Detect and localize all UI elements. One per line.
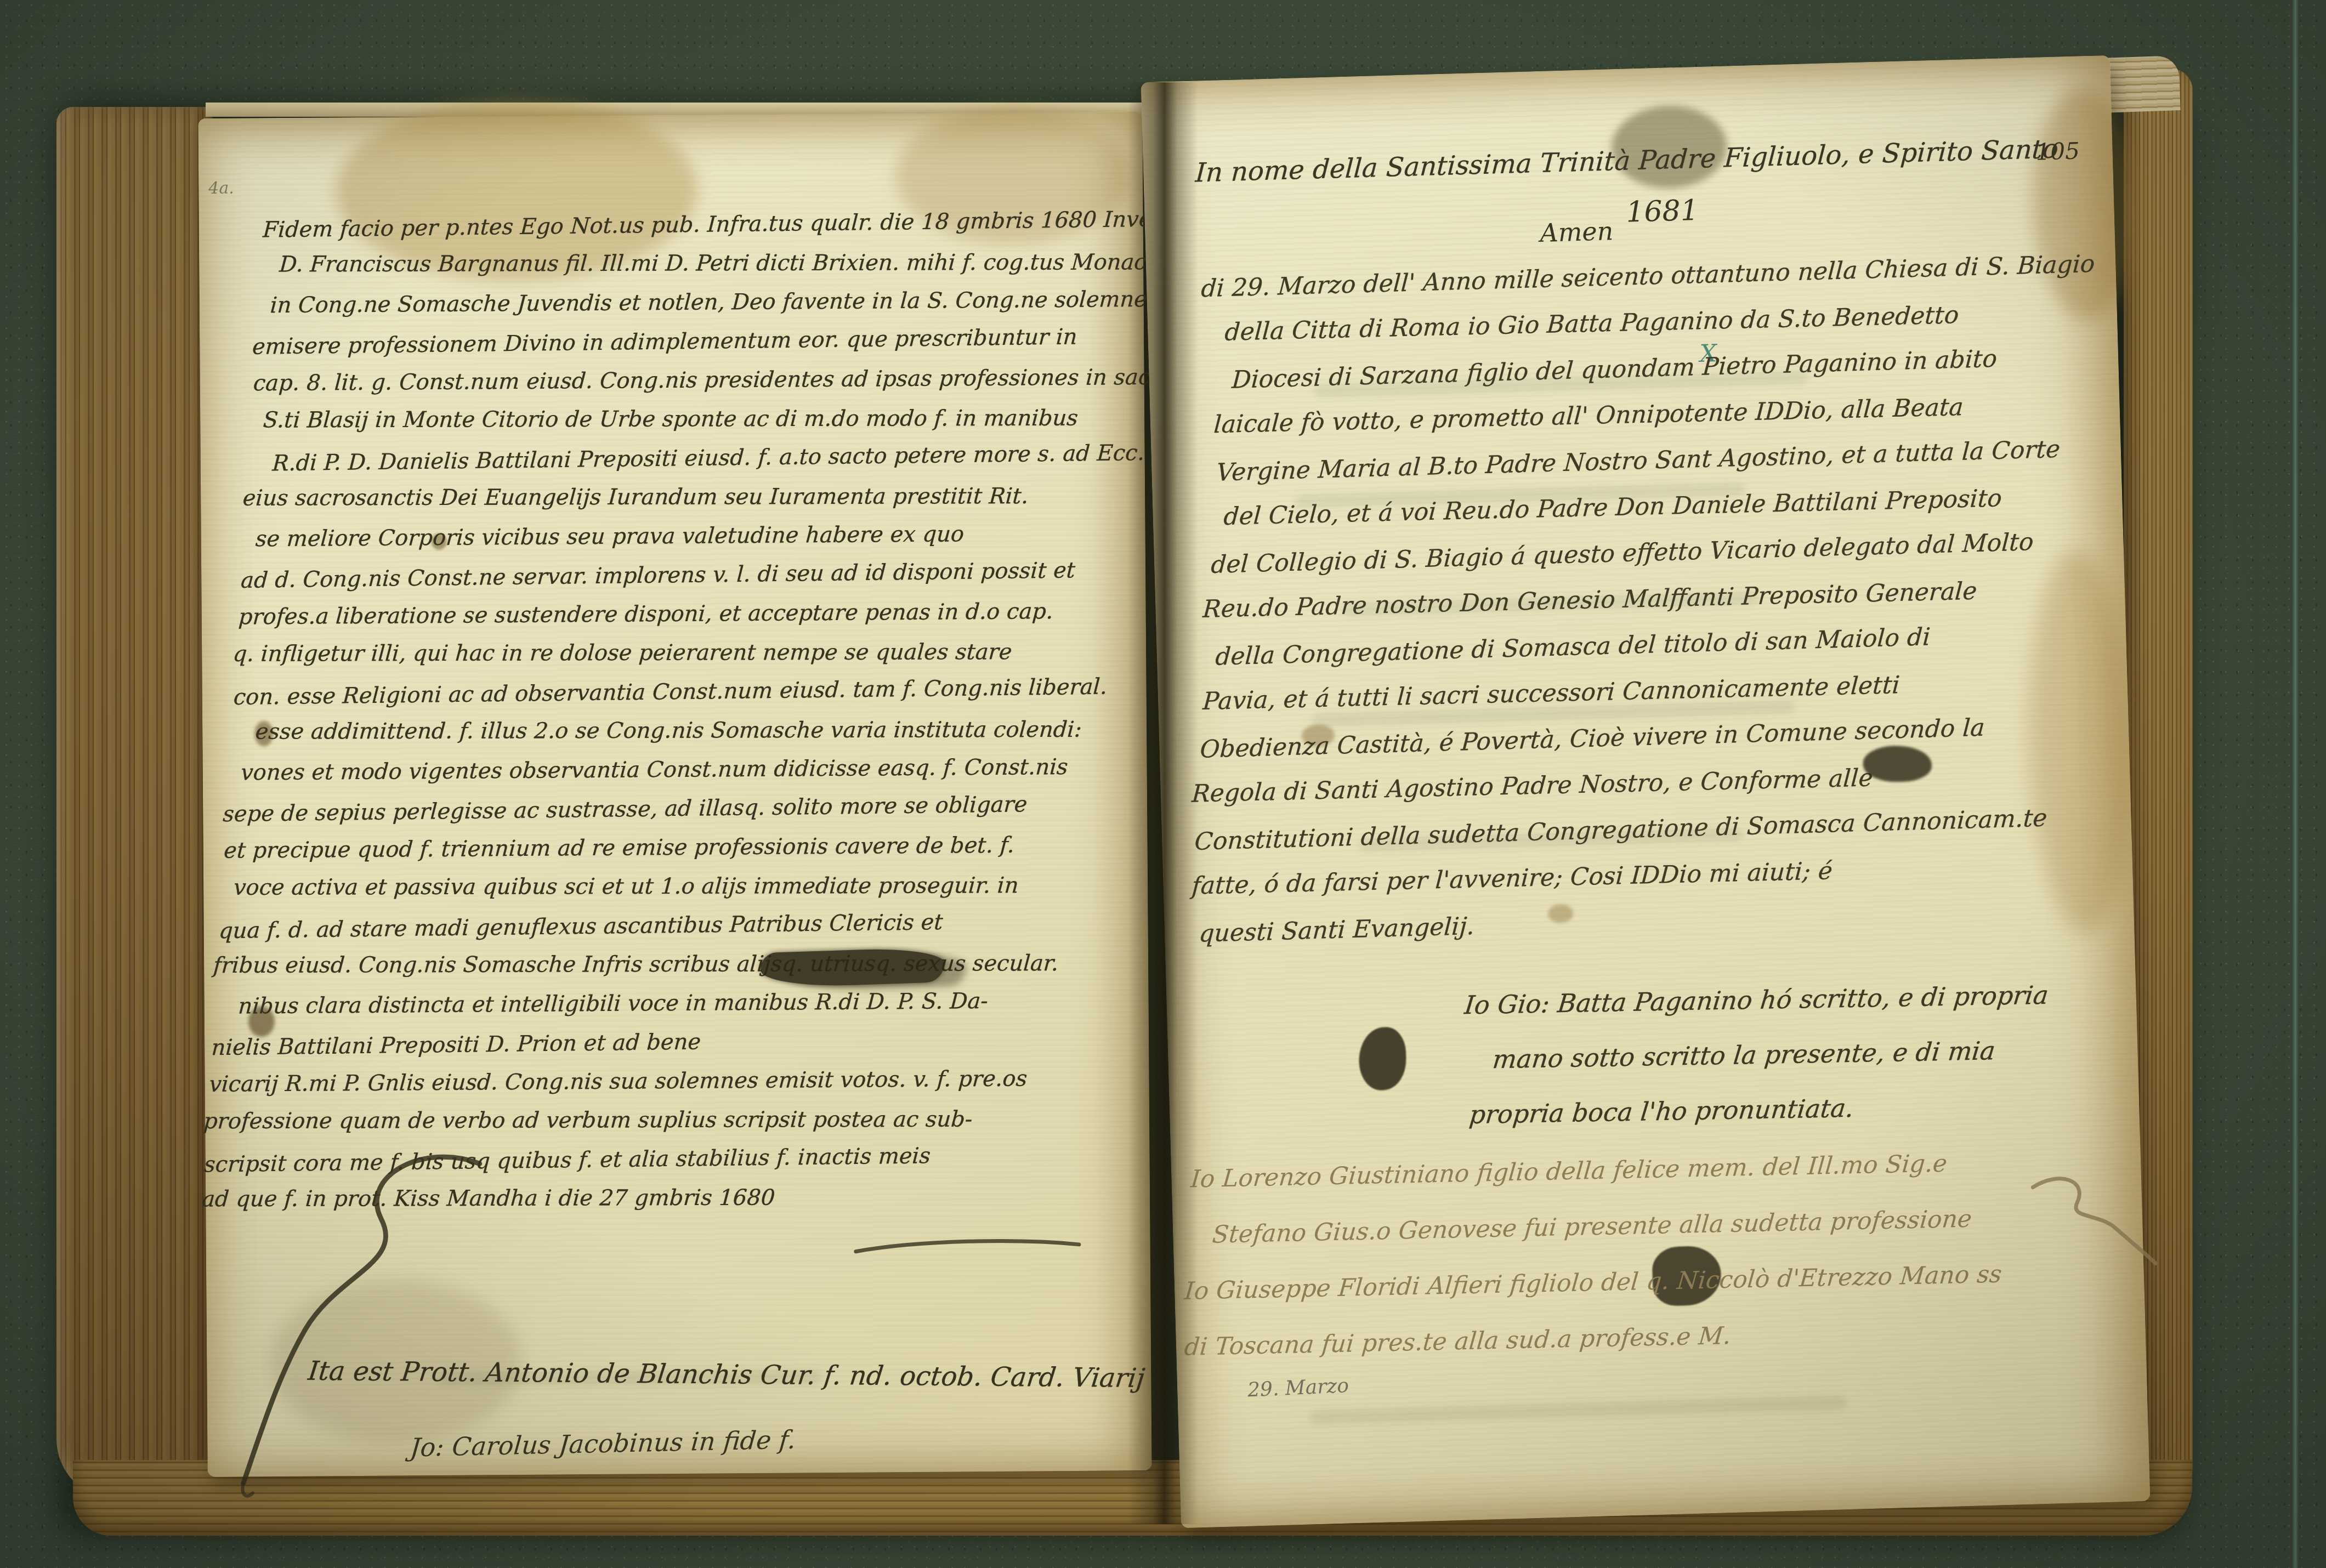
manuscript-line: nibus clara distincta et intelligibili v… (237, 981, 1136, 1026)
manuscript-line: della Citta di Roma io Gio Batta Paganin… (1223, 289, 2097, 356)
manuscript-line: professione quam de verbo ad verbum supl… (202, 1100, 1129, 1141)
manuscript-line: D. Franciscus Bargnanus fil. Ill.mi D. P… (278, 243, 1183, 284)
manuscript-line: vicarij R.mi P. Gnlis eiusd. Cong.nis su… (208, 1059, 1131, 1104)
manuscript-line: ad que f. in prot. Kiss Mandha i die 27 … (201, 1178, 1124, 1219)
open-manuscript-book: 4a. Fidem facio per p.ntes Ego Not.us pu… (41, 52, 2193, 1538)
invocation-header: In nome della Santissima Trinità Padre F… (1195, 132, 2129, 189)
manuscript-line: nielis Battilani Prepositi D. Prion et a… (211, 1018, 1134, 1068)
manuscript-line: Vergine Maria al B.to Padre Nostro Sant … (1215, 425, 2089, 496)
left-fore-edge-pages (56, 107, 213, 1499)
manuscript-line: vones et modo vigentes observantia Const… (240, 747, 1151, 793)
amen-word: Amen (1540, 216, 1614, 248)
manuscript-line: eius sacrosanctis Dei Euangelijs Iurandu… (241, 476, 1168, 518)
manuscript-line: q. infligetur illi, qui hac in re dolose… (232, 633, 1159, 674)
manuscript-line: con. esse Religioni ac ad observantia Co… (232, 667, 1156, 717)
corner-mark: 4a. (208, 179, 234, 198)
latin-text-block: Fidem facio per p.ntes Ego Not.us pub. I… (201, 202, 1185, 1221)
left-manuscript-page: 4a. Fidem facio per p.ntes Ego Not.us pu… (198, 112, 1151, 1477)
glass-edge-reflection (2292, 0, 2299, 1568)
manuscript-line: laicale fò votto, e prometto all' Onnipo… (1212, 381, 2092, 448)
pencil-date-note: 29. Marzo (1247, 1374, 1349, 1401)
manuscript-line: esse addimittend. f. illus 2.o se Cong.n… (254, 710, 1154, 751)
notary-attestation-line: Ita est Prott. Antonio de Blanchis Cur. … (307, 1356, 1146, 1394)
manuscript-line: R.di P. D. Danielis Battilani Prepositi … (271, 433, 1171, 483)
manuscript-line: Fidem facio per p.ntes Ego Not.us pub. I… (262, 200, 1186, 250)
manuscript-line: Constitutioni della sudetta Congregation… (1193, 795, 2067, 866)
manuscript-line: voce activa et passiva quibus sci et ut … (232, 866, 1144, 907)
manuscript-line: cap. 8. lit. g. Const.num eiusd. Cong.ni… (252, 358, 1176, 404)
photographed-manuscript-scene: 4a. Fidem facio per p.ntes Ego Not.us pu… (0, 0, 2326, 1568)
profession-text-block: di 29. Marzo dell' Anno mille seicento o… (1188, 241, 2100, 957)
manuscript-line: S.ti Blasij in Monte Citorio de Urbe spo… (262, 399, 1173, 440)
manuscript-line: qua f. d. ad stare madi genuflexus ascan… (218, 901, 1142, 951)
year-figure: 1681 (1626, 194, 1699, 229)
manuscript-line: Diocesi di Sarzana figlio del quondam Pi… (1230, 333, 2095, 404)
manuscript-line: profes.a liberatione se sustendere dispo… (237, 592, 1161, 637)
right-manuscript-page: 105 In nome della Santissima Trinità Pad… (1141, 55, 2151, 1528)
manuscript-line: ad d. Cong.nis Const.ne servar. imploren… (240, 550, 1164, 600)
manuscript-line: Io Lorenzo Giustiniano figlio della feli… (1188, 1132, 2147, 1208)
manuscript-line: se meliore Corporis vicibus seu prava va… (254, 514, 1166, 559)
manuscript-line: Regola di Santi Agostino Padre Nostro, e… (1190, 751, 2070, 817)
manuscript-line: Io Giuseppe Floridi Alfieri figliolo del… (1182, 1243, 2137, 1320)
manuscript-line: fribus eiusd. Cong.nis Somasche Infris s… (212, 944, 1139, 985)
witness-attestations-block: Io Lorenzo Giustiniano figlio della feli… (1175, 1132, 2147, 1376)
manuscript-line: emisere professionem Divino in adimpleme… (251, 316, 1178, 367)
manuscript-line: sepe de sepius perlegisse ac sustrasse, … (222, 784, 1149, 834)
manuscript-line: in Cong.ne Somasche Juvendis et notlen, … (269, 280, 1181, 326)
manuscript-line: della Congregatione di Somasca del titol… (1214, 610, 2078, 680)
ink-blot (1358, 1026, 1407, 1090)
manuscript-line: di Toscana fui pres.te alla sud.a profes… (1182, 1300, 2133, 1376)
manuscript-line: fatte, ó da farsi per l'avvenire; Cosi I… (1190, 843, 2064, 910)
manuscript-line: Obedienza Castità, é Povertà, Cioè viver… (1199, 702, 2073, 773)
center-gutter-shadow (1128, 82, 1198, 1524)
manuscript-line: et precipue quod f. triennium ad re emis… (223, 825, 1146, 871)
autograph-subscription-block: Io Gio: Batta Paganino hó scritto, e di … (1450, 966, 2125, 1143)
manuscript-line: di 29. Marzo dell' Anno mille seicento o… (1200, 241, 2100, 312)
date-underline-flourish (853, 1228, 1083, 1263)
manuscript-line: del Collegio di S. Biagio á questo effet… (1210, 518, 2084, 588)
manuscript-line: mano sotto scritto la presente, e di mia (1490, 1021, 2119, 1087)
manuscript-line: del Cielo, et á voi Reu.do Padre Don Dan… (1222, 474, 2086, 540)
manuscript-line: Reu.do Padre nostro Don Genesio Malffant… (1201, 566, 2081, 633)
manuscript-line: scripsit cora me f. bis usq quibus f. et… (203, 1134, 1127, 1185)
manuscript-line: Stefano Gius.o Genovese fui presente all… (1210, 1188, 2142, 1263)
witness-signature-line: Jo: Carolus Jacobinus in fide f. (409, 1425, 797, 1463)
manuscript-line: propria boca l'ho pronuntiata. (1467, 1076, 2114, 1143)
manuscript-line: Io Gio: Batta Paganino hó scritto, e di … (1462, 966, 2125, 1032)
manuscript-line: Pavia, et á tutti li sacri successori Ca… (1201, 658, 2075, 725)
manuscript-line: questi Santi Evangelij. (1198, 887, 2062, 957)
